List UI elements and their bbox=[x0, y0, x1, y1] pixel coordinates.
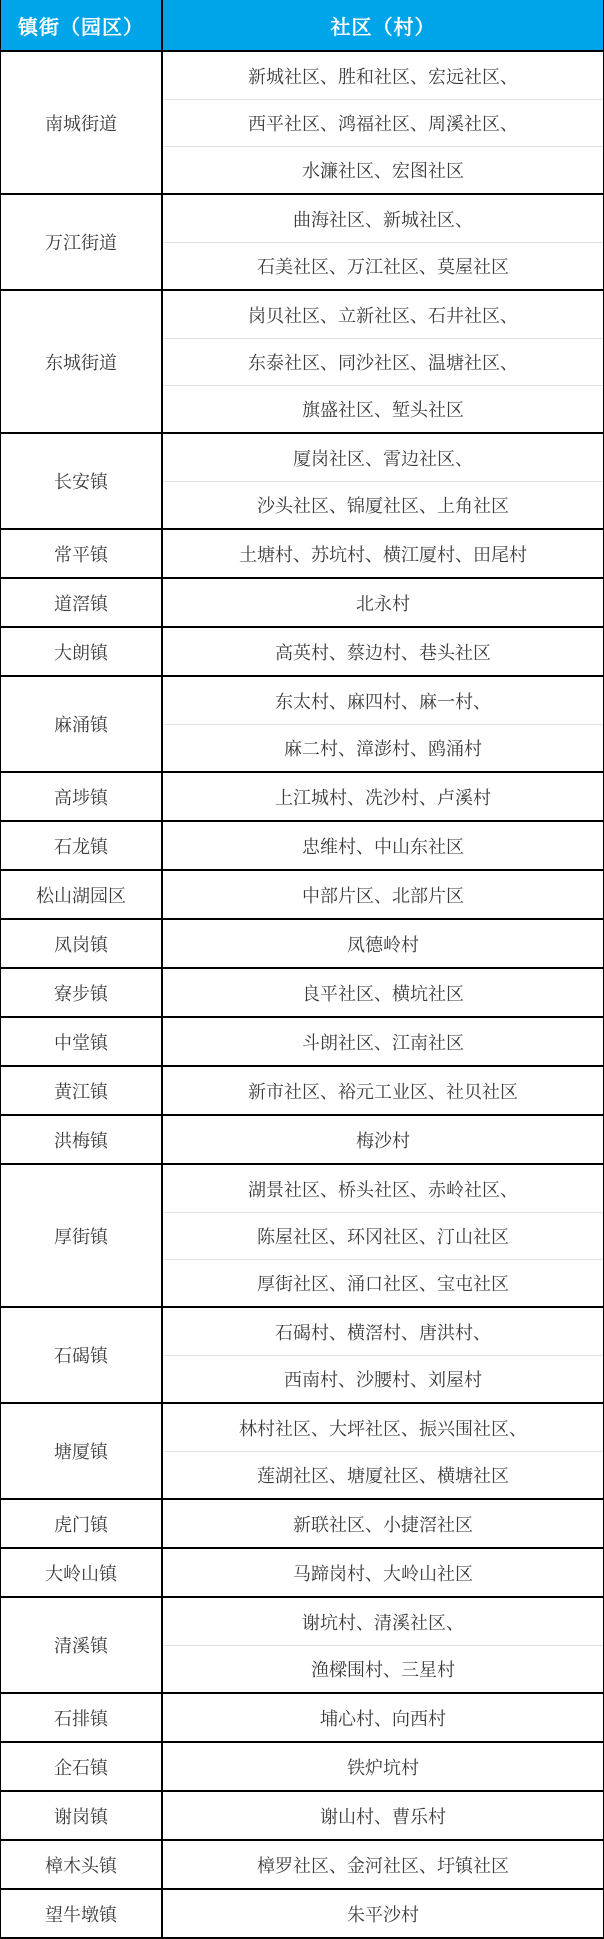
community-lines: 谢坑村、清溪社区、 渔樑围村、三星村 bbox=[163, 1598, 603, 1692]
community-lines: 林村社区、大坪社区、振兴围社区、 莲湖社区、塘厦社区、横塘社区 bbox=[163, 1404, 603, 1498]
community-line: 西平社区、鸿福社区、周溪社区、 bbox=[163, 99, 603, 146]
community-line: 新城社区、胜和社区、宏远社区、 bbox=[163, 52, 603, 99]
community-line: 莲湖社区、塘厦社区、横塘社区 bbox=[163, 1451, 603, 1498]
town-name: 道滘镇 bbox=[1, 579, 163, 626]
table-row: 高埗镇 上江城村、冼沙村、卢溪村 bbox=[1, 771, 603, 820]
town-name: 樟木头镇 bbox=[1, 1841, 163, 1888]
table-row: 樟木头镇 樟罗社区、金河社区、圩镇社区 bbox=[1, 1839, 603, 1888]
town-name: 松山湖园区 bbox=[1, 871, 163, 918]
town-name: 寮步镇 bbox=[1, 969, 163, 1016]
town-name: 长安镇 bbox=[1, 434, 163, 528]
town-name: 厚街镇 bbox=[1, 1165, 163, 1306]
community-line: 新联社区、小捷滘社区 bbox=[163, 1500, 603, 1547]
town-name: 大朗镇 bbox=[1, 628, 163, 675]
community-line: 西南村、沙腰村、刘屋村 bbox=[163, 1355, 603, 1402]
community-line: 上江城村、冼沙村、卢溪村 bbox=[163, 773, 603, 820]
community-line: 朱平沙村 bbox=[163, 1890, 603, 1937]
table-row: 企石镇 铁炉坑村 bbox=[1, 1741, 603, 1790]
table-header-row: 镇街（园区） 社区（村） bbox=[1, 0, 603, 52]
community-lines: 土塘村、苏坑村、横江厦村、田尾村 bbox=[163, 530, 603, 577]
table-row: 松山湖园区 中部片区、北部片区 bbox=[1, 869, 603, 918]
community-line: 埔心村、向西村 bbox=[163, 1694, 603, 1741]
table-row: 寮步镇 良平社区、横坑社区 bbox=[1, 967, 603, 1016]
table-row: 石龙镇 忠维村、中山东社区 bbox=[1, 820, 603, 869]
table-row: 南城街道 新城社区、胜和社区、宏远社区、 西平社区、鸿福社区、周溪社区、 水濂社… bbox=[1, 52, 603, 193]
header-town-column: 镇街（园区） bbox=[1, 0, 163, 50]
table-row: 大岭山镇 马蹄岗村、大岭山社区 bbox=[1, 1547, 603, 1596]
community-line: 樟罗社区、金河社区、圩镇社区 bbox=[163, 1841, 603, 1888]
town-name: 中堂镇 bbox=[1, 1018, 163, 1065]
community-line: 石美社区、万江社区、莫屋社区 bbox=[163, 242, 603, 289]
community-lines: 石碣村、横滘村、唐洪村、 西南村、沙腰村、刘屋村 bbox=[163, 1308, 603, 1402]
table-row: 厚街镇 湖景社区、桥头社区、赤岭社区、 陈屋社区、环冈社区、汀山社区 厚街社区、… bbox=[1, 1163, 603, 1306]
table-row: 虎门镇 新联社区、小捷滘社区 bbox=[1, 1498, 603, 1547]
community-lines: 谢山村、曹乐村 bbox=[163, 1792, 603, 1839]
community-line: 麻二村、漳澎村、鸥涌村 bbox=[163, 724, 603, 771]
town-name: 石碣镇 bbox=[1, 1308, 163, 1402]
community-lines: 湖景社区、桥头社区、赤岭社区、 陈屋社区、环冈社区、汀山社区 厚街社区、涌口社区… bbox=[163, 1165, 603, 1306]
town-name: 黄江镇 bbox=[1, 1067, 163, 1114]
table-row: 石排镇 埔心村、向西村 bbox=[1, 1692, 603, 1741]
town-name: 石龙镇 bbox=[1, 822, 163, 869]
community-line: 陈屋社区、环冈社区、汀山社区 bbox=[163, 1212, 603, 1259]
community-line: 马蹄岗村、大岭山社区 bbox=[163, 1549, 603, 1596]
table-row: 常平镇 土塘村、苏坑村、横江厦村、田尾村 bbox=[1, 528, 603, 577]
community-lines: 忠维村、中山东社区 bbox=[163, 822, 603, 869]
community-line: 谢坑村、清溪社区、 bbox=[163, 1598, 603, 1645]
community-lines: 中部片区、北部片区 bbox=[163, 871, 603, 918]
community-lines: 樟罗社区、金河社区、圩镇社区 bbox=[163, 1841, 603, 1888]
town-name: 企石镇 bbox=[1, 1743, 163, 1790]
community-lines: 斗朗社区、江南社区 bbox=[163, 1018, 603, 1065]
community-line: 岗贝社区、立新社区、石井社区、 bbox=[163, 291, 603, 338]
community-line: 东泰社区、同沙社区、温塘社区、 bbox=[163, 338, 603, 385]
community-line: 旗盛社区、堑头社区 bbox=[163, 385, 603, 432]
community-line: 曲海社区、新城社区、 bbox=[163, 195, 603, 242]
community-line: 忠维村、中山东社区 bbox=[163, 822, 603, 869]
community-line: 谢山村、曹乐村 bbox=[163, 1792, 603, 1839]
community-lines: 良平社区、横坑社区 bbox=[163, 969, 603, 1016]
community-line: 高英村、蔡边村、巷头社区 bbox=[163, 628, 603, 675]
table-row: 大朗镇 高英村、蔡边村、巷头社区 bbox=[1, 626, 603, 675]
table-row: 塘厦镇 林村社区、大坪社区、振兴围社区、 莲湖社区、塘厦社区、横塘社区 bbox=[1, 1402, 603, 1498]
community-lines: 曲海社区、新城社区、 石美社区、万江社区、莫屋社区 bbox=[163, 195, 603, 289]
town-name: 高埗镇 bbox=[1, 773, 163, 820]
community-line: 新市社区、裕元工业区、社贝社区 bbox=[163, 1067, 603, 1114]
town-name: 望牛墩镇 bbox=[1, 1890, 163, 1937]
town-name: 东城街道 bbox=[1, 291, 163, 432]
community-lines: 高英村、蔡边村、巷头社区 bbox=[163, 628, 603, 675]
town-name: 塘厦镇 bbox=[1, 1404, 163, 1498]
town-name: 洪梅镇 bbox=[1, 1116, 163, 1163]
community-lines: 埔心村、向西村 bbox=[163, 1694, 603, 1741]
community-lines: 岗贝社区、立新社区、石井社区、 东泰社区、同沙社区、温塘社区、 旗盛社区、堑头社… bbox=[163, 291, 603, 432]
community-lines: 马蹄岗村、大岭山社区 bbox=[163, 1549, 603, 1596]
community-lines: 北永村 bbox=[163, 579, 603, 626]
community-lines: 铁炉坑村 bbox=[163, 1743, 603, 1790]
community-lines: 梅沙村 bbox=[163, 1116, 603, 1163]
community-line: 梅沙村 bbox=[163, 1116, 603, 1163]
town-name: 虎门镇 bbox=[1, 1500, 163, 1547]
table-row: 谢岗镇 谢山村、曹乐村 bbox=[1, 1790, 603, 1839]
community-lines: 凤德岭村 bbox=[163, 920, 603, 967]
town-name: 清溪镇 bbox=[1, 1598, 163, 1692]
community-line: 东太村、麻四村、麻一村、 bbox=[163, 677, 603, 724]
community-line: 厦岗社区、霄边社区、 bbox=[163, 434, 603, 481]
community-line: 渔樑围村、三星村 bbox=[163, 1645, 603, 1692]
town-name: 石排镇 bbox=[1, 1694, 163, 1741]
table-row: 麻涌镇 东太村、麻四村、麻一村、 麻二村、漳澎村、鸥涌村 bbox=[1, 675, 603, 771]
community-line: 林村社区、大坪社区、振兴围社区、 bbox=[163, 1404, 603, 1451]
table-row: 黄江镇 新市社区、裕元工业区、社贝社区 bbox=[1, 1065, 603, 1114]
community-lines: 上江城村、冼沙村、卢溪村 bbox=[163, 773, 603, 820]
town-name: 大岭山镇 bbox=[1, 1549, 163, 1596]
table-row: 万江街道 曲海社区、新城社区、 石美社区、万江社区、莫屋社区 bbox=[1, 193, 603, 289]
community-line: 北永村 bbox=[163, 579, 603, 626]
community-lines: 新市社区、裕元工业区、社贝社区 bbox=[163, 1067, 603, 1114]
community-lines: 新城社区、胜和社区、宏远社区、 西平社区、鸿福社区、周溪社区、 水濂社区、宏图社… bbox=[163, 52, 603, 193]
table-row: 中堂镇 斗朗社区、江南社区 bbox=[1, 1016, 603, 1065]
community-line: 土塘村、苏坑村、横江厦村、田尾村 bbox=[163, 530, 603, 577]
table-row: 东城街道 岗贝社区、立新社区、石井社区、 东泰社区、同沙社区、温塘社区、 旗盛社… bbox=[1, 289, 603, 432]
community-line: 湖景社区、桥头社区、赤岭社区、 bbox=[163, 1165, 603, 1212]
header-community-column: 社区（村） bbox=[163, 0, 603, 50]
town-name: 凤岗镇 bbox=[1, 920, 163, 967]
table-row: 凤岗镇 凤德岭村 bbox=[1, 918, 603, 967]
town-name: 万江街道 bbox=[1, 195, 163, 289]
community-line: 良平社区、横坑社区 bbox=[163, 969, 603, 1016]
table-row: 石碣镇 石碣村、横滘村、唐洪村、 西南村、沙腰村、刘屋村 bbox=[1, 1306, 603, 1402]
community-line: 水濂社区、宏图社区 bbox=[163, 146, 603, 193]
table-body: 南城街道 新城社区、胜和社区、宏远社区、 西平社区、鸿福社区、周溪社区、 水濂社… bbox=[1, 52, 603, 1937]
community-line: 沙头社区、锦厦社区、上角社区 bbox=[163, 481, 603, 528]
community-line: 厚街社区、涌口社区、宝屯社区 bbox=[163, 1259, 603, 1306]
community-line: 斗朗社区、江南社区 bbox=[163, 1018, 603, 1065]
table-row: 望牛墩镇 朱平沙村 bbox=[1, 1888, 603, 1937]
town-name: 南城街道 bbox=[1, 52, 163, 193]
table-row: 长安镇 厦岗社区、霄边社区、 沙头社区、锦厦社区、上角社区 bbox=[1, 432, 603, 528]
town-community-table: 镇街（园区） 社区（村） 南城街道 新城社区、胜和社区、宏远社区、 西平社区、鸿… bbox=[0, 0, 604, 1939]
community-lines: 朱平沙村 bbox=[163, 1890, 603, 1937]
community-lines: 东太村、麻四村、麻一村、 麻二村、漳澎村、鸥涌村 bbox=[163, 677, 603, 771]
community-lines: 新联社区、小捷滘社区 bbox=[163, 1500, 603, 1547]
town-name: 麻涌镇 bbox=[1, 677, 163, 771]
town-name: 谢岗镇 bbox=[1, 1792, 163, 1839]
community-line: 凤德岭村 bbox=[163, 920, 603, 967]
community-line: 中部片区、北部片区 bbox=[163, 871, 603, 918]
town-name: 常平镇 bbox=[1, 530, 163, 577]
community-lines: 厦岗社区、霄边社区、 沙头社区、锦厦社区、上角社区 bbox=[163, 434, 603, 528]
community-line: 铁炉坑村 bbox=[163, 1743, 603, 1790]
community-line: 石碣村、横滘村、唐洪村、 bbox=[163, 1308, 603, 1355]
table-row: 洪梅镇 梅沙村 bbox=[1, 1114, 603, 1163]
table-row: 清溪镇 谢坑村、清溪社区、 渔樑围村、三星村 bbox=[1, 1596, 603, 1692]
table-row: 道滘镇 北永村 bbox=[1, 577, 603, 626]
